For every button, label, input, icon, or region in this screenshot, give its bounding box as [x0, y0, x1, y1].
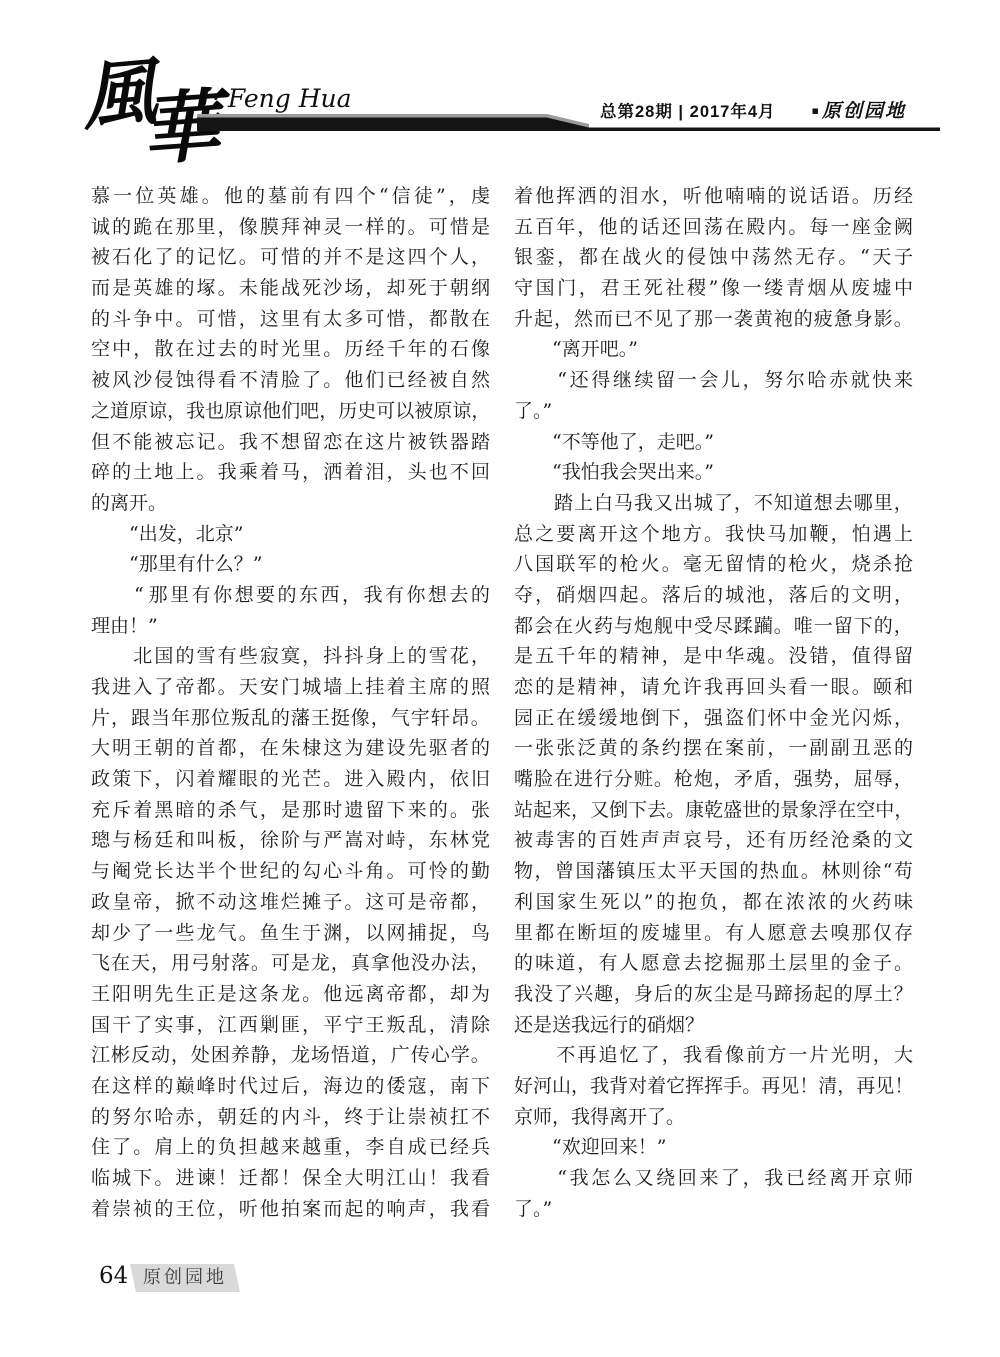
- text-line: 利国家生死以”的抱负，都在浓浓的火药味: [514, 887, 913, 918]
- text-line: 一张张泛黄的条约摆在案前，一副副丑恶的: [514, 733, 913, 764]
- text-line: 碎的土地上。我乘着马，洒着泪，头也不回: [91, 457, 490, 488]
- text-line: 的努尔哈赤，朝廷的内斗，终于让崇祯扛不: [91, 1102, 490, 1133]
- square-bullet-icon: ▪: [812, 104, 819, 117]
- text-line: “我怎么又绕回来了，我已经离开京师: [514, 1163, 913, 1194]
- text-line: 夺，硝烟四起。落后的城池，落后的文明，: [514, 580, 913, 611]
- text-line: 在这样的巅峰时代过后，海边的倭寇，南下: [91, 1071, 490, 1102]
- text-line: 被风沙侵蚀得看不清脸了。他们已经被自然: [91, 365, 490, 396]
- text-line: 与阉党长达半个世纪的勾心斗角。可怜的勤: [91, 856, 490, 887]
- text-line: 政策下，闪着耀眼的光芒。进入殿内，依旧: [91, 764, 490, 795]
- text-line: 我进入了帝都。天安门城墙上挂着主席的照: [91, 672, 490, 703]
- text-line: 诚的跪在那里，像膜拜神灵一样的。可惜是: [91, 212, 490, 243]
- text-line: 北国的雪有些寂寞，抖抖身上的雪花，: [91, 641, 490, 672]
- header-section-label-text: 原创园地: [822, 100, 906, 122]
- text-line: 飞在天，用弓射落。可是龙，真拿他没办法，: [91, 948, 490, 979]
- text-line: “欢迎回来！”: [514, 1132, 913, 1163]
- text-line: 踏上白马我又出城了，不知道想去哪里，: [514, 488, 913, 519]
- left-column: 慕一位英雄。他的墓前有四个“信徒”，虔诚的跪在那里，像膜拜神灵一样的。可惜是被石…: [91, 181, 490, 1224]
- text-line: 升起，然而已不见了那一袭黄袍的疲惫身影。: [514, 304, 913, 335]
- text-line: “ 那里有你想要的东西，我有你想去的: [91, 580, 490, 611]
- text-line: 了。”: [514, 396, 913, 427]
- page-number: 64: [99, 1263, 128, 1289]
- text-line: 守国门，君王死社稷”像一缕青烟从废墟中: [514, 273, 913, 304]
- text-line: 璁与杨廷和叫板，徐阶与严嵩对峙，东林党: [91, 825, 490, 856]
- text-line: 站起来，又倒下去。康乾盛世的景象浮在空中，: [514, 795, 913, 826]
- text-line: 慕一位英雄。他的墓前有四个“信徒”，虔: [91, 181, 490, 212]
- text-line: 之道原谅，我也原谅他们吧，历史可以被原谅，: [91, 396, 490, 427]
- text-line: 政皇帝，掀不动这堆烂摊子。这可是帝都，: [91, 887, 490, 918]
- text-line: 的离开。: [91, 488, 490, 519]
- text-line: 是五千年的精神，是中华魂。没错，值得留: [514, 641, 913, 672]
- text-line: 八国联军的枪火。毫无留情的枪火，烧杀抢: [514, 549, 913, 580]
- header-section-label: ▪原创园地: [812, 96, 906, 123]
- header-issue-row: 总第28期 | 2017年4月 ▪原创园地: [600, 96, 906, 123]
- text-line: 空中，散在过去的时光里。历经千年的石像: [91, 334, 490, 365]
- text-line: 王阳明先生正是这条龙。他远离帝都，却为: [91, 979, 490, 1010]
- footer-section-label: 原创园地: [133, 1264, 237, 1292]
- text-line: 临城下。进谏！迁都！保全大明江山！我看: [91, 1163, 490, 1194]
- text-line: 被毒害的百姓声声哀号，还有历经沧桑的文: [514, 825, 913, 856]
- text-line: 园正在缓缓地倒下，强盗们怀中金光闪烁，: [514, 703, 913, 734]
- footer-section-tag: 原创园地: [130, 1264, 240, 1292]
- text-line: 总之要离开这个地方。我快马加鞭，怕遇上: [514, 519, 913, 550]
- text-line: 而是英雄的塚。未能战死沙场，却死于朝纲: [91, 273, 490, 304]
- text-line: 却少了一些龙气。鱼生于渊，以网捕捉，鸟: [91, 918, 490, 949]
- text-line: 片，跟当年那位叛乱的藩王挺像，气宇轩昂。: [91, 703, 490, 734]
- text-line: “我怕我会哭出来。”: [514, 457, 913, 488]
- text-line: 里都在断垣的废墟里。有人愿意去嗅那仅存: [514, 918, 913, 949]
- text-line: 大明王朝的首都，在朱棣这为建设先驱者的: [91, 733, 490, 764]
- text-line: 的斗争中。可惜，这里有太多可惜，都散在: [91, 304, 490, 335]
- text-line: 着崇祯的王位，听他拍案而起的响声，我看: [91, 1194, 490, 1225]
- text-line: 物，曾国藩镇压太平天国的热血。林则徐“苟: [514, 856, 913, 887]
- text-line: 恋的是精神，请允许我再回头看一眼。颐和: [514, 672, 913, 703]
- text-line: 充斥着黑暗的杀气，是那时遗留下来的。张: [91, 795, 490, 826]
- text-line: “离开吧。”: [514, 334, 913, 365]
- text-line: 的味道，有人愿意去挖掘那土层里的金子。: [514, 948, 913, 979]
- text-line: “还得继续留一会儿，努尔哈赤就快来: [514, 365, 913, 396]
- text-line: “那里有什么？”: [91, 549, 490, 580]
- text-line: 我没了兴趣，身后的灰尘是马蹄扬起的厚土？: [514, 979, 913, 1010]
- text-line: 江彬反动，处困养静，龙场悟道，广传心学。: [91, 1040, 490, 1071]
- text-line: 嘴脸在进行分赃。枪炮，矛盾，强势，屈辱，: [514, 764, 913, 795]
- text-line: 着他挥洒的泪水，听他喃喃的说话语。历经: [514, 181, 913, 212]
- right-column: 着他挥洒的泪水，听他喃喃的说话语。历经五百年，他的话还回荡在殿内。每一座金阙银銮…: [514, 181, 913, 1224]
- text-line: 不再追忆了，我看像前方一片光明，大: [514, 1040, 913, 1071]
- text-line: 国干了实事，江西剿匪，平宁王叛乱，清除: [91, 1010, 490, 1041]
- text-line: 五百年，他的话还回荡在殿内。每一座金阙: [514, 212, 913, 243]
- text-line: 理由！”: [91, 611, 490, 642]
- magazine-page: 風 華 · Feng Hua 总第28期 | 2017年4月 ▪原创园地 慕一位…: [0, 0, 1000, 1357]
- text-line: 了。”: [514, 1194, 913, 1225]
- text-line: “不等他了，走吧。”: [514, 427, 913, 458]
- text-line: 还是送我远行的硝烟？: [514, 1010, 913, 1041]
- fenghua-logo-latin: · Feng Hua: [212, 84, 352, 113]
- issue-info: 总第28期 | 2017年4月: [600, 98, 776, 122]
- text-line: 但不能被忘记。我不想留恋在这片被铁器踏: [91, 427, 490, 458]
- text-line: 被石化了的记忆。可惜的并不是这四个人，: [91, 242, 490, 273]
- text-line: 京师，我得离开了。: [514, 1102, 913, 1133]
- text-line: 银銮，都在战火的侵蚀中荡然无存。“天子: [514, 242, 913, 273]
- text-line: 好河山，我背对着它挥挥手。再见！清，再见！: [514, 1071, 913, 1102]
- text-line: 都会在火药与炮舰中受尽蹂躏。唯一留下的，: [514, 611, 913, 642]
- text-line: 住了。肩上的负担越来越重，李自成已经兵: [91, 1132, 490, 1163]
- text-line: “出发，北京”: [91, 519, 490, 550]
